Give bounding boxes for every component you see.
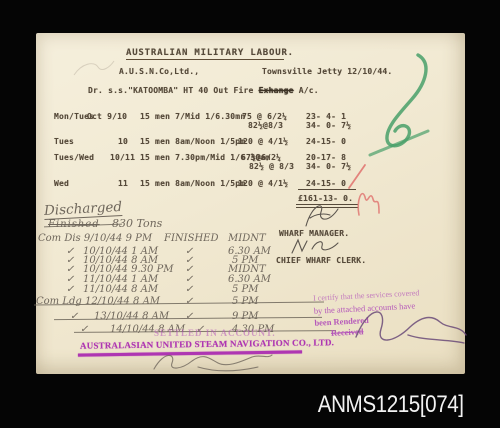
cell-day: Tues/Wed: [54, 153, 94, 162]
cell-amount: 23- 4- 1: [306, 112, 346, 121]
cell-amount: 34- 0- 7½: [306, 162, 351, 171]
document-paper: AUSTRALIAN MILITARY LABOUR. A.U.S.N.Co,L…: [36, 33, 465, 374]
check-mark: ✓: [80, 324, 88, 335]
account-line-prefix: Dr. s.s."KATOOMBA" HT 40 Out Fire: [88, 86, 259, 95]
account-line: Dr. s.s."KATOOMBA" HT 40 Out Fire Exhang…: [88, 86, 319, 95]
document-title: AUSTRALIAN MILITARY LABOUR.: [126, 48, 284, 60]
archive-photo: AUSTRALIAN MILITARY LABOUR. A.U.S.N.Co,L…: [0, 0, 500, 428]
check-mark: ✓: [70, 311, 78, 322]
cell-qty: 82½@8/3: [248, 121, 283, 130]
cell-qty: 67½@6/2¼: [241, 153, 281, 162]
cell-date: 10/11: [110, 153, 135, 162]
red-squiggle-mark: [354, 183, 384, 219]
check-mark: ✓: [185, 311, 193, 322]
cell-amount: 24-15- 0: [306, 179, 346, 188]
cell-amount: 24-15- 0: [306, 137, 346, 146]
cell-amount: 34- 0- 7½: [306, 121, 351, 130]
account-line-struck-word: Exhange: [259, 86, 294, 95]
check-mark: ✓: [185, 284, 193, 295]
chief-clerk-signature: [288, 235, 344, 257]
log-right: 5 PM: [232, 284, 259, 295]
chief-wharf-clerk-title: CHIEF WHARF CLERK.: [276, 256, 366, 265]
cell-qty: 82½ @ 8/3: [249, 162, 294, 171]
cell-detail: 15 men 8am/Noon 1/5pm: [140, 137, 245, 146]
cell-amount: 20-17- 8: [306, 153, 346, 162]
company-name: A.U.S.N.Co,Ltd.,: [119, 67, 199, 76]
settled-stamp: SETTLED IN ACCOUNT.: [154, 328, 276, 338]
pencil-smudge: [68, 53, 118, 83]
tonnage-note: 830 Tons: [112, 217, 162, 230]
log-left: Com Dis 9/10/44 9 PM: [38, 233, 152, 244]
cell-qty: 120 @ 4/1½: [238, 179, 288, 188]
certifying-officer-signature: [348, 295, 473, 353]
log-left: 11/10/44 8 AM: [83, 284, 158, 295]
cell-date: 10: [118, 137, 128, 146]
account-line-suffix: A/c.: [294, 86, 319, 95]
cell-detail: 15 men 8am/Noon 1/5pm: [140, 179, 245, 188]
agent-signature: [148, 343, 278, 377]
cell-day: Tues: [54, 137, 74, 146]
log-right: MIDNT: [228, 233, 266, 244]
cell-qty: 75 @ 6/2¼: [242, 112, 287, 121]
cell-day: Wed: [54, 179, 69, 188]
log-left: 13/10/44 8 AM: [94, 311, 169, 322]
place-and-date: Townsville Jetty 12/10/44.: [262, 67, 392, 76]
check-mark: ✓: [185, 296, 193, 307]
green-crayon-underline: [368, 127, 432, 159]
cell-detail: 15 men 7/Mid 1/6.30mn: [140, 112, 245, 121]
log-mid: FINISHED: [164, 233, 218, 244]
wharf-manager-signature: [298, 200, 344, 230]
archive-reference-label: ANMS1215[074]: [318, 391, 464, 419]
cell-qty: 120 @ 4/1½: [238, 137, 288, 146]
cell-date: 11: [118, 179, 128, 188]
discharged-note: Discharged: [44, 199, 123, 220]
cell-date: Oct 9/10: [87, 112, 127, 121]
check-mark: ✓: [66, 284, 74, 295]
